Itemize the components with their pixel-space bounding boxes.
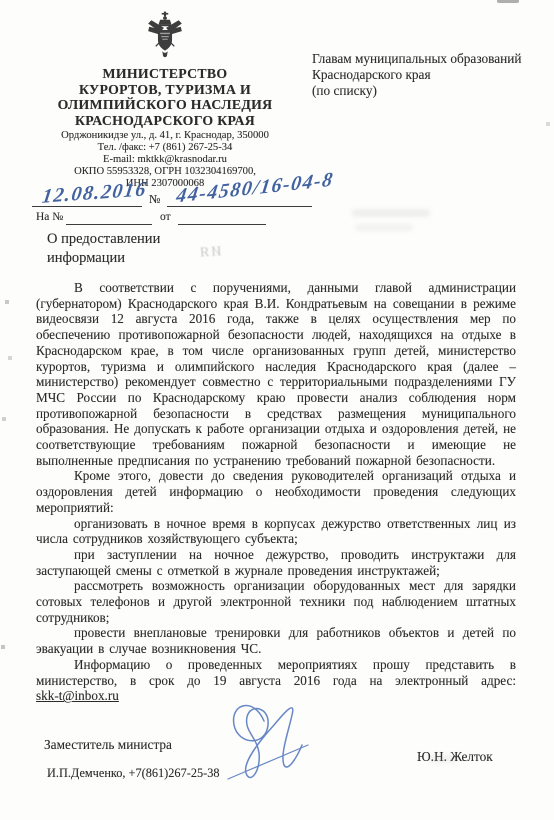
ministry-name-line: ОЛИМПИЙСКОГО НАСЛЕДИЯ — [30, 97, 300, 113]
scanned-letter-sheet: МИНИСТЕРСТВО КУРОРТОВ, ТУРИЗМА И ОЛИМПИЙ… — [0, 0, 554, 820]
scan-smudge — [430, 755, 456, 763]
reply-number-underline — [66, 224, 152, 225]
scan-speckles — [0, 0, 2, 2]
body-paragraph: Кроме этого, довести до сведения руковод… — [36, 468, 516, 515]
reply-from-underline — [178, 224, 266, 225]
scan-edge-artifact — [497, 0, 519, 3]
subject-line: О предоставлении информации — [47, 230, 207, 267]
bleedthrough-artifact: ИЯ — [197, 244, 222, 262]
ministry-name-line: КУРОРТОВ, ТУРИЗМА И — [30, 82, 300, 98]
addressee-line: Главам муниципальных образований — [312, 51, 547, 67]
outgoing-date-underline — [32, 206, 142, 207]
outgoing-number-underline — [167, 206, 312, 207]
closing-text: Информацию о проведенных мероприятиях пр… — [36, 657, 516, 688]
ministry-street-address: Орджоникидзе ул., д. 41, г. Краснодар, 3… — [30, 130, 300, 142]
scan-smudge — [355, 224, 413, 231]
reply-from-label: от — [160, 211, 171, 223]
reply-number-label: На № — [36, 211, 63, 223]
ministry-phone: Тел. /факс: +7 (861) 267-25-34 — [30, 142, 300, 154]
ministry-email: E-mail: mktkk@krasnodar.ru — [30, 154, 300, 166]
handwritten-signature-icon — [220, 693, 335, 793]
executor-contact: И.П.Демченко, +7(861)267-25-38 — [47, 766, 220, 781]
letter-body: В соответствии с поручениями, данными гл… — [36, 280, 516, 704]
number-sign-label: № — [149, 192, 160, 207]
body-paragraph: при заступлении на ночное дежурство, про… — [36, 547, 516, 578]
addressee-block: Главам муниципальных образований Краснод… — [312, 51, 547, 98]
scan-smudge — [352, 209, 430, 217]
coat-of-arms-icon — [146, 9, 184, 63]
addressee-line: (по списку) — [312, 83, 547, 99]
body-paragraph: рассмотреть возможность организации обор… — [36, 578, 516, 625]
addressee-line: Краснодарского края — [312, 67, 547, 83]
body-paragraph: В соответствии с поручениями, данными гл… — [36, 280, 516, 468]
email-link[interactable]: skk-t@inbox.ru — [36, 688, 119, 704]
body-paragraph: провести внеплановые тренировки для рабо… — [36, 625, 516, 656]
body-paragraph: организовать в ночное время в корпусах д… — [36, 516, 516, 547]
signer-position-title: Заместитель министра — [44, 737, 172, 753]
ministry-name-block: МИНИСТЕРСТВО КУРОРТОВ, ТУРИЗМА И ОЛИМПИЙ… — [30, 66, 300, 128]
ministry-name-line: КРАСНОДАРСКОГО КРАЯ — [30, 113, 300, 129]
ministry-name-line: МИНИСТЕРСТВО — [30, 66, 300, 82]
